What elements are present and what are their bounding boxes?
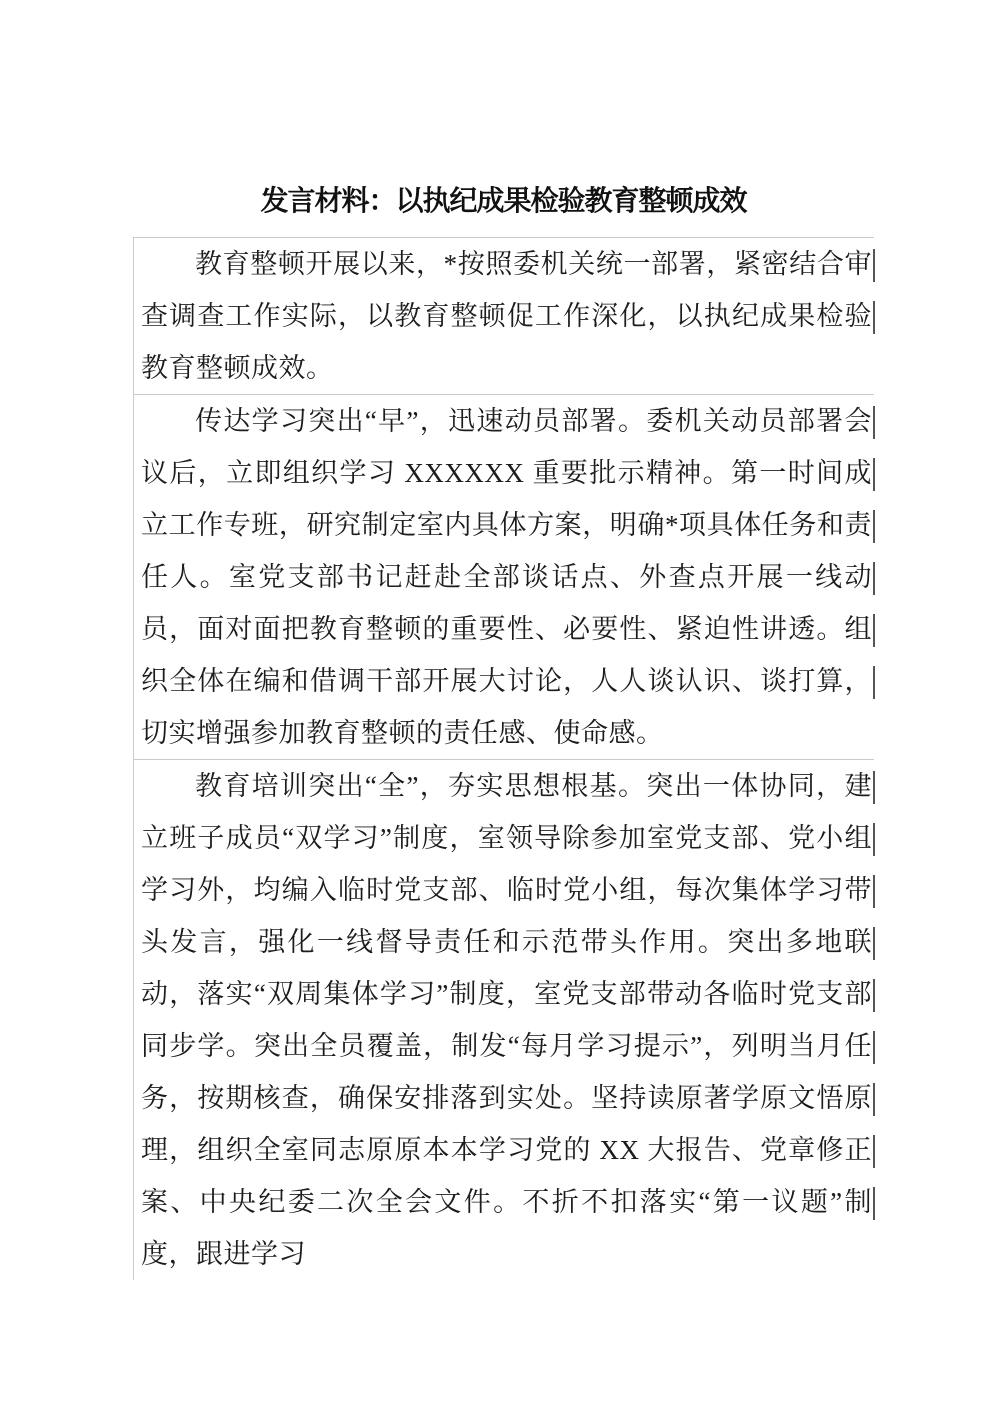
paragraph-text: 教育整顿开展以来，*按照委机关统一部署，紧密结合审查调查工作实际，以教育整顿促工… xyxy=(141,238,872,394)
paragraph-text: 传达学习突出“早”，迅速动员部署。委机关动员部署会议后，立即组织学习 XXXXX… xyxy=(141,395,872,759)
paragraph-row: 教育整顿开展以来，*按照委机关统一部署，紧密结合审查调查工作实际，以教育整顿促工… xyxy=(134,238,874,394)
document-page: 发言材料：以执纪成果检验教育整顿成效 教育整顿开展以来，*按照委机关统一部署，紧… xyxy=(0,0,992,1403)
document-body: 教育整顿开展以来，*按照委机关统一部署，紧密结合审查调查工作实际，以教育整顿促工… xyxy=(133,237,874,1280)
paragraph-text: 教育培训突出“全”，夯实思想根基。突出一体协同，建立班子成员“双学习”制度，室领… xyxy=(141,760,872,1280)
paragraph-row: 传达学习突出“早”，迅速动员部署。委机关动员部署会议后，立即组织学习 XXXXX… xyxy=(134,394,874,759)
paragraph-row: 教育培训突出“全”，夯实思想根基。突出一体协同，建立班子成员“双学习”制度，室领… xyxy=(134,759,874,1280)
document-title: 发言材料：以执纪成果检验教育整顿成效 xyxy=(133,183,874,221)
